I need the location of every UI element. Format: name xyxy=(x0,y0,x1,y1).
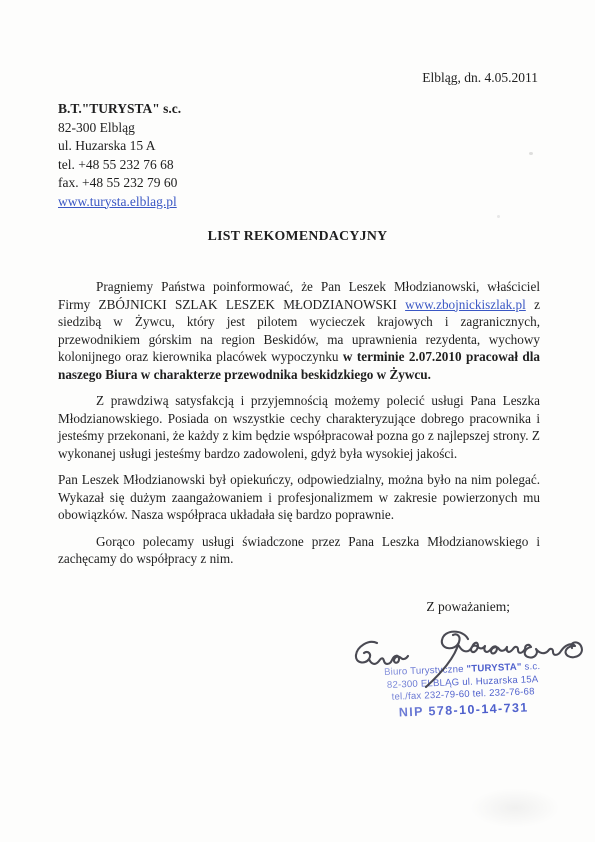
sender-website-link[interactable]: www.turysta.elblag.pl xyxy=(58,194,177,209)
sender-name: B.T."TURYSTA" s.c. xyxy=(58,100,181,119)
letter-title: LIST REKOMENDACYJNY xyxy=(0,228,595,244)
paragraph-4: Gorąco polecamy usługi świadczone przez … xyxy=(58,533,540,568)
paragraph-1: Pragniemy Państwa poinformować, że Pan L… xyxy=(58,278,540,383)
scan-artifact xyxy=(470,788,560,828)
handwritten-signature xyxy=(338,621,588,699)
sender-block: B.T."TURYSTA" s.c. 82-300 Elbląg ul. Huz… xyxy=(58,100,181,211)
sender-postal-city: 82-300 Elbląg xyxy=(58,119,181,138)
date-line: Elbląg, dn. 4.05.2011 xyxy=(422,70,538,86)
zbojnicki-szlak-link[interactable]: www.zbojnickiszlak.pl xyxy=(405,297,526,312)
paragraph-2: Z prawdziwą satysfakcją i przyjemnością … xyxy=(58,392,540,462)
closing-salutation: Z poważaniem; xyxy=(426,599,510,615)
letter-page: Elbląg, dn. 4.05.2011 B.T."TURYSTA" s.c.… xyxy=(0,0,595,842)
sender-street: ul. Huzarska 15 A xyxy=(58,137,181,156)
paragraph-3: Pan Leszek Młodzianowski był opiekuńczy,… xyxy=(58,471,540,524)
sender-fax: fax. +48 55 232 79 60 xyxy=(58,174,181,193)
scan-artifact xyxy=(497,215,500,218)
sender-phone: tel. +48 55 232 76 68 xyxy=(58,156,181,175)
scan-artifact xyxy=(529,152,533,155)
letter-body: Pragniemy Państwa poinformować, że Pan L… xyxy=(58,278,540,577)
